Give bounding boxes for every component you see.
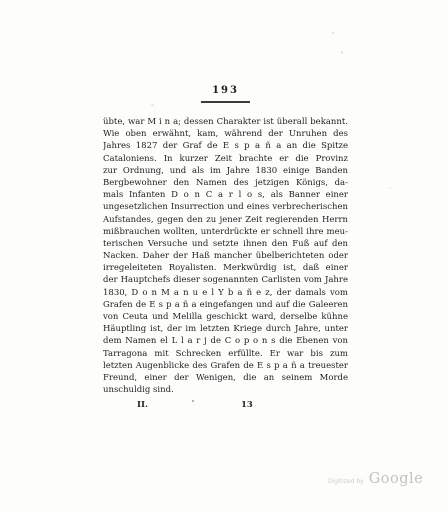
text-line: Häuptling ist, der im letzten Kriege dur…	[103, 323, 348, 335]
text-line: Wie oben erwähnt, kam, während der Unruh…	[103, 128, 348, 140]
text-line: Nacken. Daher der Haß mancher übelberich…	[103, 250, 348, 262]
google-watermark: Digitized by Google	[328, 471, 423, 487]
text-line: unschuldig sind.	[103, 384, 348, 396]
text-line: Jahres 1827 der Graf de E s p a ñ a an d…	[103, 140, 348, 152]
text-line: der Hauptchefs dieser sogenannten Carlis…	[103, 274, 348, 286]
text-line: dem Namen el L l a r j de C o p o n s di…	[103, 335, 348, 347]
text-line: letzten Augenblicke des Grafen de E s p …	[103, 360, 348, 372]
scan-speck	[389, 187, 391, 189]
text-line: Freund, einer der Wenigen, die an seinem…	[103, 372, 348, 384]
text-line: ungesetzlichen Insurrection und eines ve…	[103, 201, 348, 213]
google-logo: Google	[369, 471, 424, 487]
signature-line: II. 13	[103, 400, 348, 413]
volume-signature: II.	[137, 400, 148, 410]
header-rule	[201, 101, 250, 103]
digitized-by-label: Digitized by	[328, 478, 364, 485]
scan-speck	[341, 51, 343, 54]
text-line: zur Ordnung, und als im Jahre 1830 einig…	[103, 165, 348, 177]
text-line: übte, war M i n a; dessen Charakter ist …	[103, 116, 348, 128]
text-line: terischen Versuche und setzte ihnen den …	[103, 238, 348, 250]
page-number: 193	[103, 85, 348, 96]
scan-speck	[332, 32, 334, 34]
book-page: 193 übte, war M i n a; dessen Charakter …	[0, 0, 448, 512]
body-text: übte, war M i n a; dessen Charakter ist …	[103, 116, 348, 396]
text-line: irregeleiteten Royalisten. Merkwürdig is…	[103, 262, 348, 274]
text-line: 1830, D o n M a n u e l Y b a ñ e z, der…	[103, 287, 348, 299]
text-line: Bergbewohner den Namen des jetzigen Köni…	[103, 177, 348, 189]
text-line: Cataloniens. In kurzer Zeit brachte er d…	[103, 153, 348, 165]
text-line: Tarragona mit Schrecken erfüllte. Er war…	[103, 348, 348, 360]
text-line: mals Infanten D o n C a r l o s, als Ban…	[103, 189, 348, 201]
text-line: mißbrauchen wollten, unterdrückte er sch…	[103, 226, 348, 238]
text-line: Grafen de E s p a ñ a eingefangen und au…	[103, 299, 348, 311]
sheet-signature: 13	[241, 400, 253, 410]
text-line: Aufstandes, gegen den zu jener Zeit regi…	[103, 214, 348, 226]
scan-speck	[192, 400, 194, 402]
scan-speck	[151, 104, 154, 106]
text-line: von Ceuta und Melilla geschickt ward, de…	[103, 311, 348, 323]
